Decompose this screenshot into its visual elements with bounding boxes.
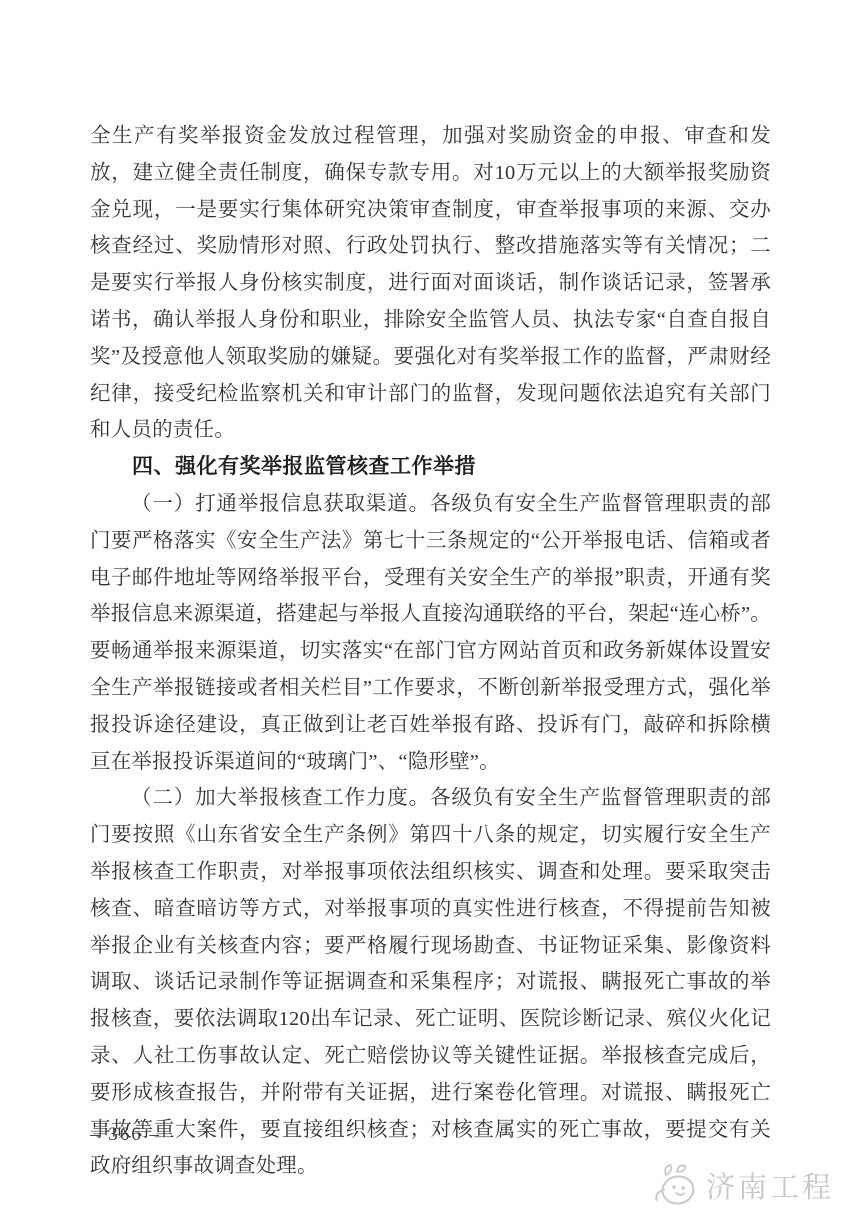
body-paragraph-continuation: 全生产有奖举报资金发放过程管理，加强对奖励资金的申报、审查和发放，建立健全责任制… (90, 118, 771, 449)
body-paragraph-item-1: （一）打通举报信息获取渠道。各级负有安全生产监督管理职责的部门要严格落实《安全生… (90, 486, 771, 780)
publisher-watermark: 济南工程 (647, 1160, 834, 1210)
bird-mascot-icon (647, 1160, 701, 1210)
body-paragraph-item-2: （二）加大举报核查工作力度。各级负有安全生产监督管理职责的部门要按照《山东省安全… (90, 780, 771, 1185)
document-page: 全生产有奖举报资金发放过程管理，加强对奖励资金的申报、审查和发放，建立健全责任制… (0, 0, 856, 1225)
watermark-label: 济南工程 (706, 1165, 834, 1206)
page-number: – 366 – (90, 1124, 161, 1146)
section-heading: 四、强化有奖举报监管核查工作举措 (90, 449, 771, 486)
page-content: 全生产有奖举报资金发放过程管理，加强对奖励资金的申报、审查和发放，建立健全责任制… (90, 118, 771, 1185)
